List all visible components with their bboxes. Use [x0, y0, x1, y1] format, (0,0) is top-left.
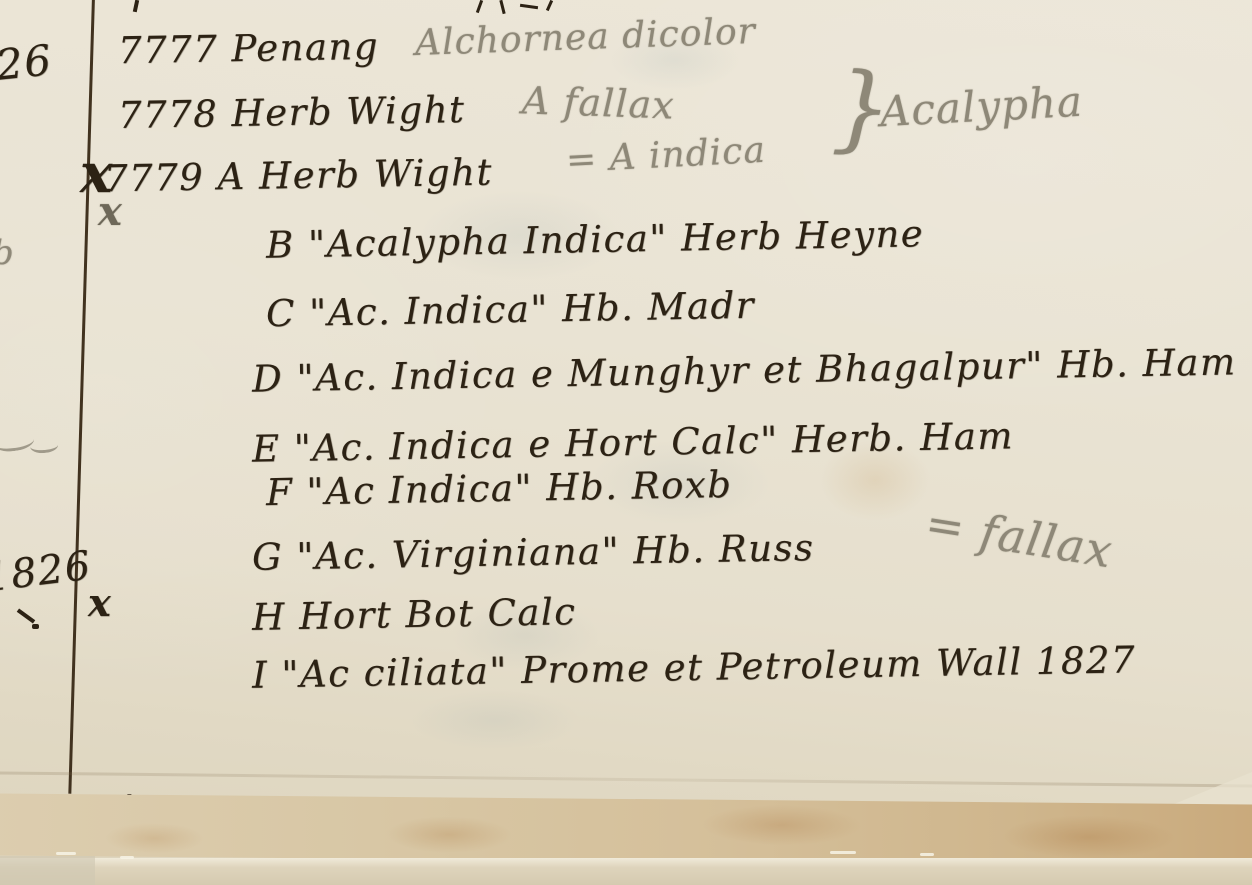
pencil-annotation-a-indica: = A indica [565, 133, 767, 179]
edge-glint [830, 851, 856, 854]
entry-b: B "Acalypha Indica" Herb Heyne [266, 215, 925, 263]
entry-i: I "Ac ciliata" Prome et Petroleum Wall 1… [252, 641, 1137, 693]
bottom-left-shadow [0, 856, 95, 885]
faint-pencil-scribble [30, 437, 59, 454]
entry-7779: 7779 A Herb Wight [104, 154, 493, 198]
margin-year-fragment: 26 [0, 39, 54, 87]
entry-7778: 7778 Herb Wight [118, 91, 466, 134]
edge-glint [120, 856, 134, 859]
entry-h: H Hort Bot Calc [252, 593, 577, 636]
margin-tick-mark [17, 609, 36, 624]
entry-c: C "Ac. Indica" Hb. Madr [266, 287, 755, 333]
margin-year-1826: 1826 [0, 546, 94, 599]
margin-tick-dot [32, 624, 39, 629]
margin-rule-line [68, 0, 95, 794]
stained-page-edge [0, 793, 1252, 866]
entry-d: D "Ac. Indica e Munghyr et Bhagalpur" Hb… [252, 343, 1237, 397]
entry-7777: 7777 Penang [118, 28, 380, 70]
pencil-annotation-fallax-7778: A fallax [521, 81, 675, 124]
cutoff-writing-fragment [133, 0, 139, 12]
page-fold-crease [0, 771, 1252, 787]
cutoff-writing-fragment [520, 4, 538, 9]
underlying-page-edge [0, 858, 1252, 885]
register-page-photo: 26 b 1826 x x x 7777 Penang 7778 Herb Wi… [0, 0, 1252, 885]
edge-glint [56, 852, 76, 855]
show-through-smudge [410, 690, 580, 750]
cutoff-writing-fragment [499, 0, 505, 14]
cutoff-writing-fragment [476, 0, 483, 13]
margin-pencil-letter: b [0, 236, 15, 270]
cutoff-writing-fragment [546, 0, 553, 11]
entry-g: G "Ac. Virginiana" Hb. Russ [252, 529, 815, 576]
pencil-annotation-acalypha: Acalypha [879, 81, 1084, 134]
cross-mark-entry-h: x [88, 584, 112, 622]
entry-f: F "Ac Indica" Hb. Roxb [266, 466, 733, 511]
faint-pencil-scribble [0, 429, 35, 453]
pencil-annotation-fallax-g: = fallax [923, 500, 1116, 575]
edge-glint [920, 853, 934, 856]
